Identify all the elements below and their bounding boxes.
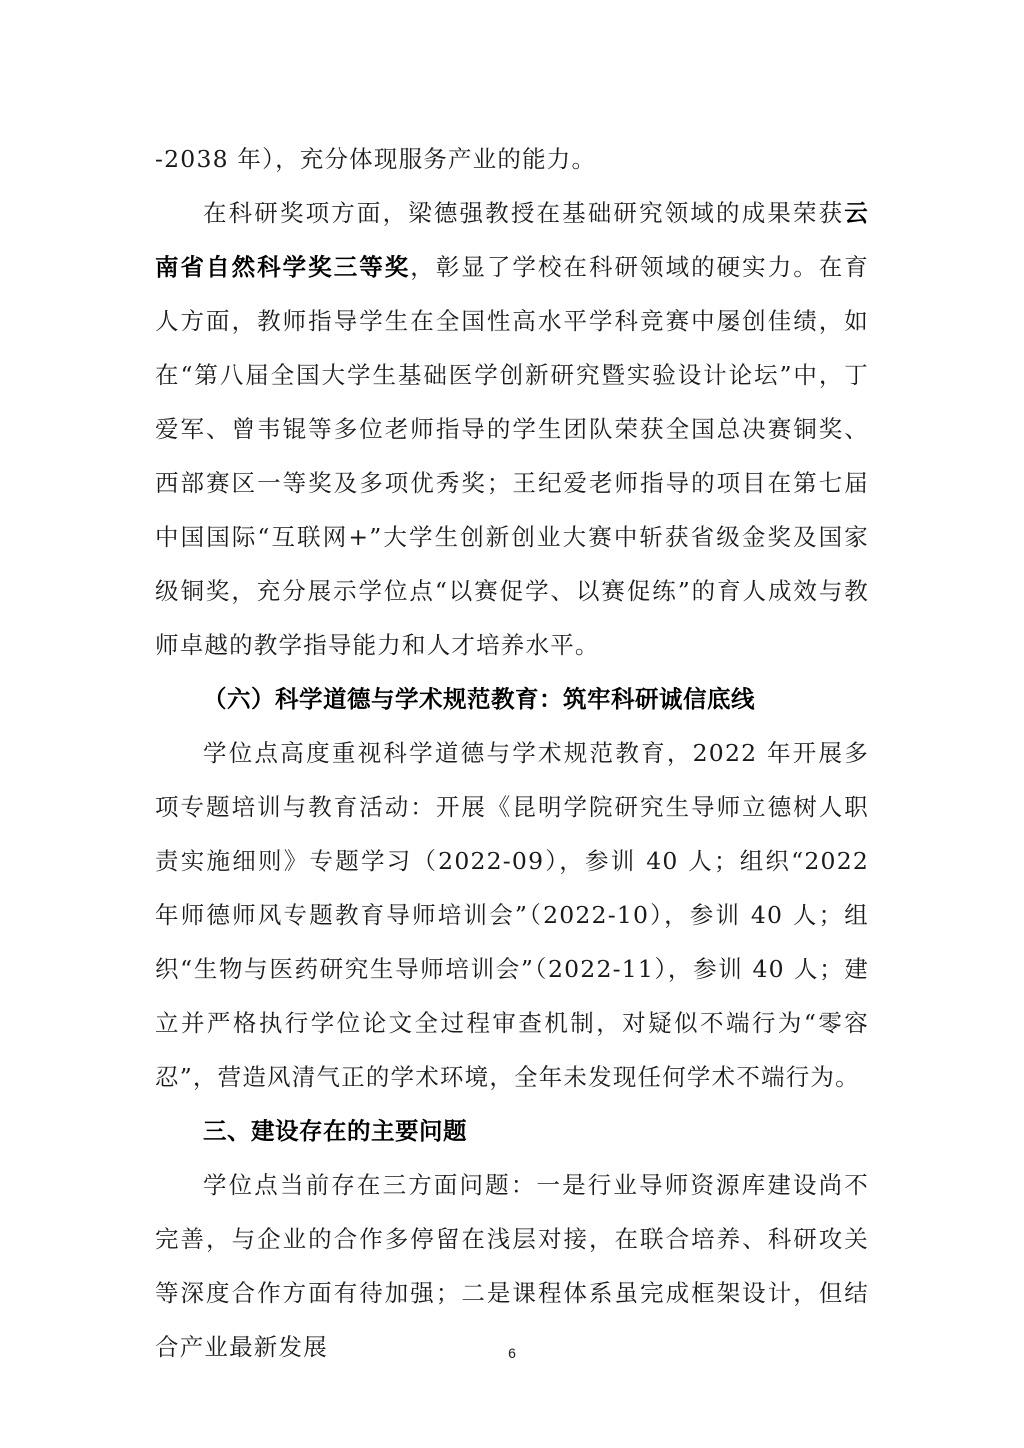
page-number: 6 — [0, 1345, 1024, 1361]
paragraph-continuation: -2038 年），充分体现服务产业的能力。 — [155, 132, 869, 186]
section-heading-problems: 三、建设存在的主要问题 — [155, 1104, 869, 1158]
paragraph-problems: 学位点当前存在三方面问题：一是行业导师资源库建设尚不完善，与企业的合作多停留在浅… — [155, 1158, 869, 1374]
paragraph-research-awards: 在科研奖项方面，梁德强教授在基础研究领域的成果荣获云南省自然科学奖三等奖，彰显了… — [155, 186, 869, 672]
section-heading-six: （六）科学道德与学术规范教育：筑牢科研诚信底线 — [155, 672, 869, 726]
paragraph-text: ，彰显了学校在科研领域的硬实力。在育人方面，教师指导学生在全国性高水平学科竞赛中… — [155, 253, 869, 659]
document-page: -2038 年），充分体现服务产业的能力。 在科研奖项方面，梁德强教授在基础研究… — [155, 132, 869, 1374]
paragraph-text: 在科研奖项方面，梁德强教授在基础研究领域的成果荣获 — [203, 199, 844, 227]
paragraph-academic-ethics: 学位点高度重视科学道德与学术规范教育，2022 年开展多项专题培训与教育活动：开… — [155, 726, 869, 1104]
